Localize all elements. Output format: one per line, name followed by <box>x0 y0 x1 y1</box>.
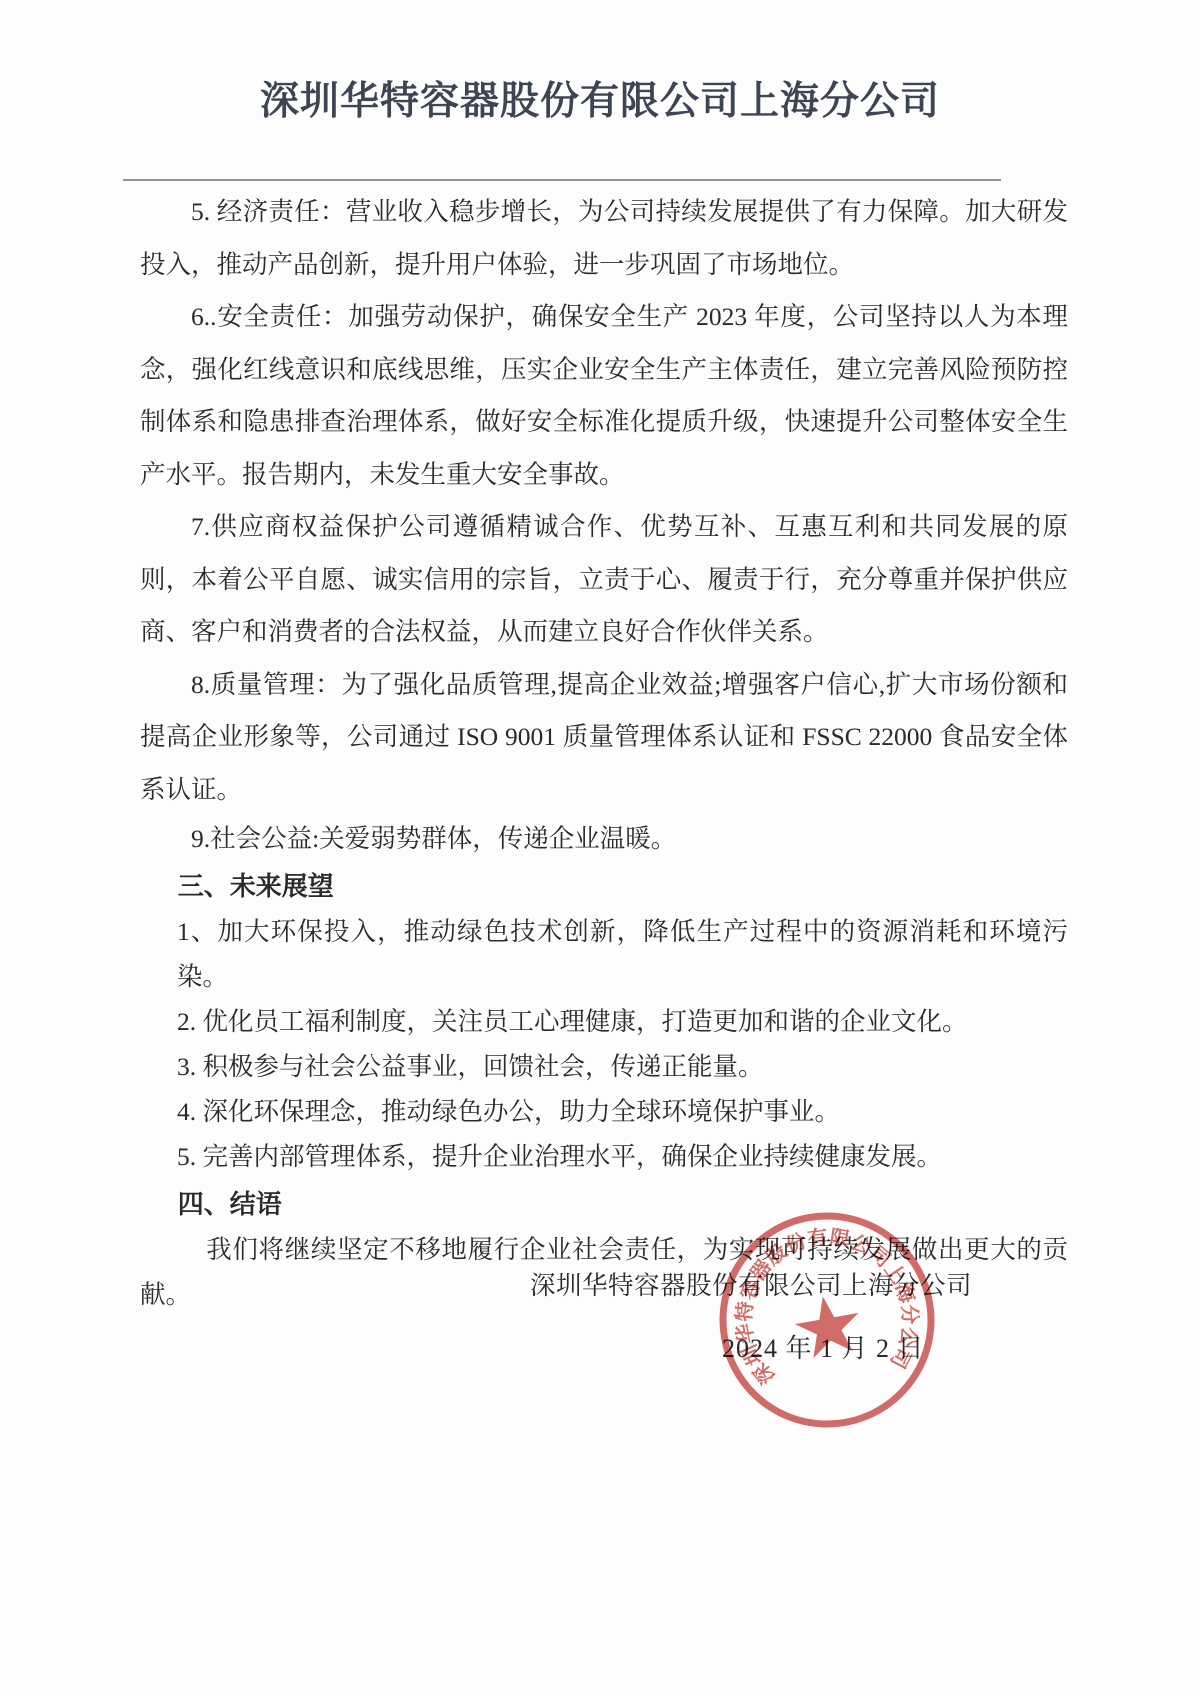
section-heading-closing: 四、结语 <box>140 1182 1068 1227</box>
paragraph-quality-management: 8.质量管理：为了强化品质管理,提高企业效益;增强客户信心,扩大市场份额和提高企… <box>140 659 1068 817</box>
signature-date: 2024 年 1 月 2 日 <box>722 1328 925 1365</box>
paragraph-safety-responsibility: 6..安全责任：加强劳动保护，确保安全生产 2023 年度，公司坚持以人为本理念… <box>140 291 1068 501</box>
section-heading-outlook: 三、未来展望 <box>140 864 1068 909</box>
document-page: 深圳华特容器股份有限公司上海分公司 5. 经济责任：营业收入稳步增长，为公司持续… <box>0 0 1200 1696</box>
signature-company-name: 深圳华特容器股份有限公司上海分公司 <box>530 1266 972 1302</box>
paragraph-economic-responsibility: 5. 经济责任：营业收入稳步增长，为公司持续发展提供了有力保障。加大研发投入，推… <box>140 186 1068 291</box>
title-divider <box>123 179 1001 181</box>
outlook-item-3: 3. 积极参与社会公益事业，回馈社会，传递正能量。 <box>140 1044 1068 1089</box>
outlook-item-5: 5. 完善内部管理体系，提升企业治理水平，确保企业持续健康发展。 <box>140 1134 1068 1179</box>
document-body: 5. 经济责任：营业收入稳步增长，为公司持续发展提供了有力保障。加大研发投入，推… <box>140 186 1068 1317</box>
outlook-item-1: 1、加大环保投入，推动绿色技术创新，降低生产过程中的资源消耗和环境污染。 <box>140 909 1068 999</box>
paragraph-public-welfare: 9.社会公益:关爱弱势群体，传递企业温暖。 <box>140 816 1068 861</box>
page-title: 深圳华特容器股份有限公司上海分公司 <box>0 70 1200 126</box>
outlook-item-4: 4. 深化环保理念，推动绿色办公，助力全球环境保护事业。 <box>140 1089 1068 1134</box>
outlook-item-2: 2. 优化员工福利制度，关注员工心理健康，打造更加和谐的企业文化。 <box>140 999 1068 1044</box>
paragraph-supplier-rights: 7.供应商权益保护公司遵循精诚合作、优势互补、互惠互利和共同发展的原则，本着公平… <box>140 501 1068 659</box>
